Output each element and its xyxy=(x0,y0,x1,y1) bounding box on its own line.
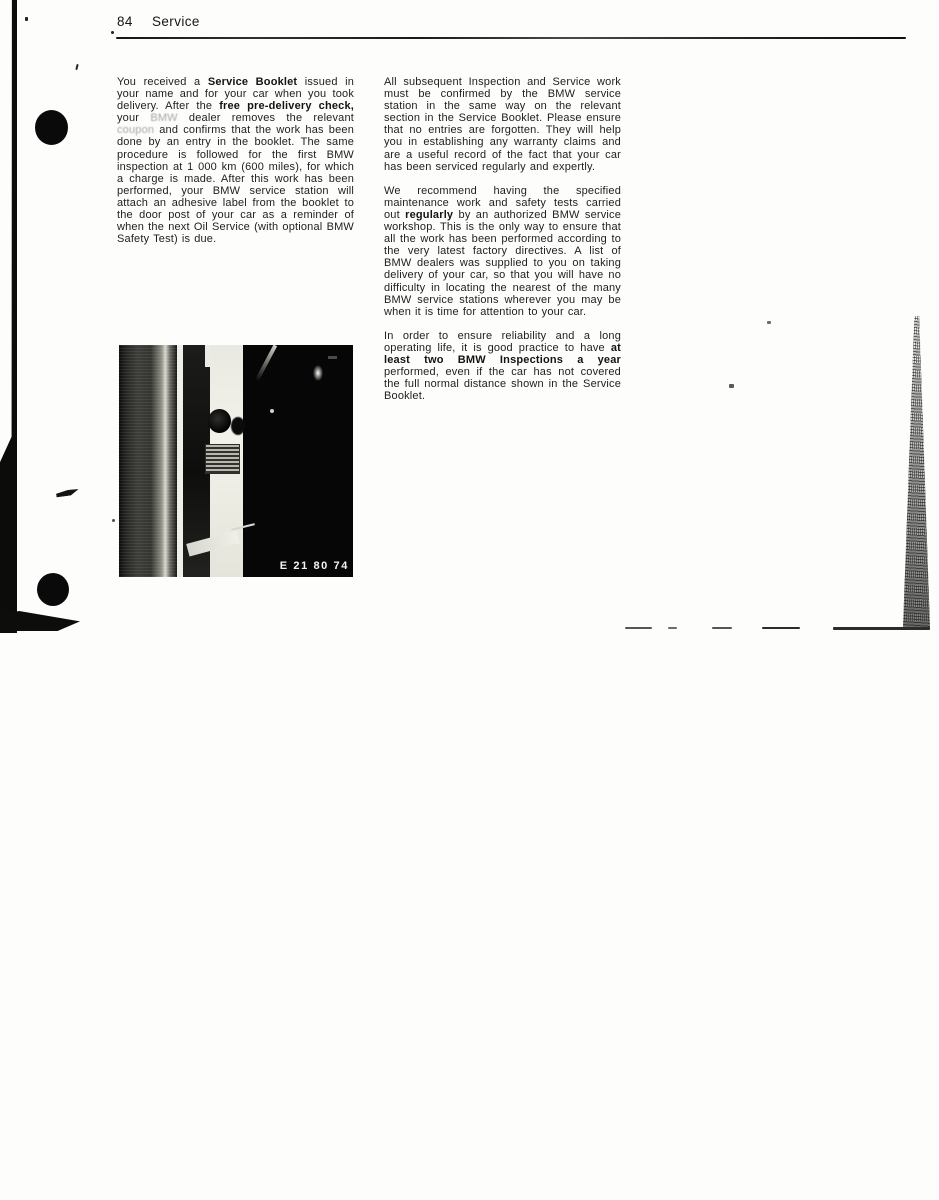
right-edge-smudge xyxy=(903,316,930,628)
scan-dash xyxy=(712,627,732,629)
photo-lock-striker-knob xyxy=(208,409,231,433)
body-paragraph: We recommend having the specified mainte… xyxy=(384,185,621,318)
left-column: You received a Service Booklet issued in… xyxy=(117,76,354,257)
photo-speck xyxy=(270,409,274,413)
pen-mark xyxy=(56,488,80,498)
photo-lock-knob-small xyxy=(231,417,245,435)
body-paragraph: You received a Service Booklet issued in… xyxy=(117,76,354,245)
scan-dash xyxy=(762,627,800,629)
body-paragraph: All subsequent Inspection and Service wo… xyxy=(384,76,621,173)
scan-speck xyxy=(111,31,114,34)
scan-speck xyxy=(25,17,28,21)
right-column: All subsequent Inspection and Service wo… xyxy=(384,76,621,414)
scan-dash xyxy=(833,627,930,630)
scan-dash xyxy=(668,627,677,629)
scan-speck xyxy=(112,519,115,522)
header-rule xyxy=(116,37,906,39)
photo-caption: E 21 80 74 xyxy=(280,560,349,572)
photo-highlight-spot xyxy=(313,365,323,381)
book-gutter-shadow xyxy=(0,0,17,633)
page-header: 84 Service xyxy=(117,14,200,29)
photo-service-label xyxy=(205,444,240,474)
page-number: 84 xyxy=(117,14,133,29)
photo-dust xyxy=(328,356,337,359)
photo-dark-interior xyxy=(243,345,353,577)
book-gutter-foot xyxy=(0,611,80,631)
punch-hole-top xyxy=(35,110,68,145)
scan-speck xyxy=(729,384,734,388)
body-paragraph: In order to ensure reliability and a lon… xyxy=(384,330,621,403)
scan-speck xyxy=(767,321,771,324)
section-title: Service xyxy=(152,14,200,29)
scan-dash xyxy=(625,627,652,629)
punch-hole-bottom xyxy=(37,573,69,606)
scan-speck xyxy=(75,64,78,70)
photo-door-edge xyxy=(119,345,177,577)
scanned-manual-page: 84 Service You received a Service Bookle… xyxy=(0,0,939,1200)
door-post-photo: E 21 80 74 xyxy=(119,345,353,577)
